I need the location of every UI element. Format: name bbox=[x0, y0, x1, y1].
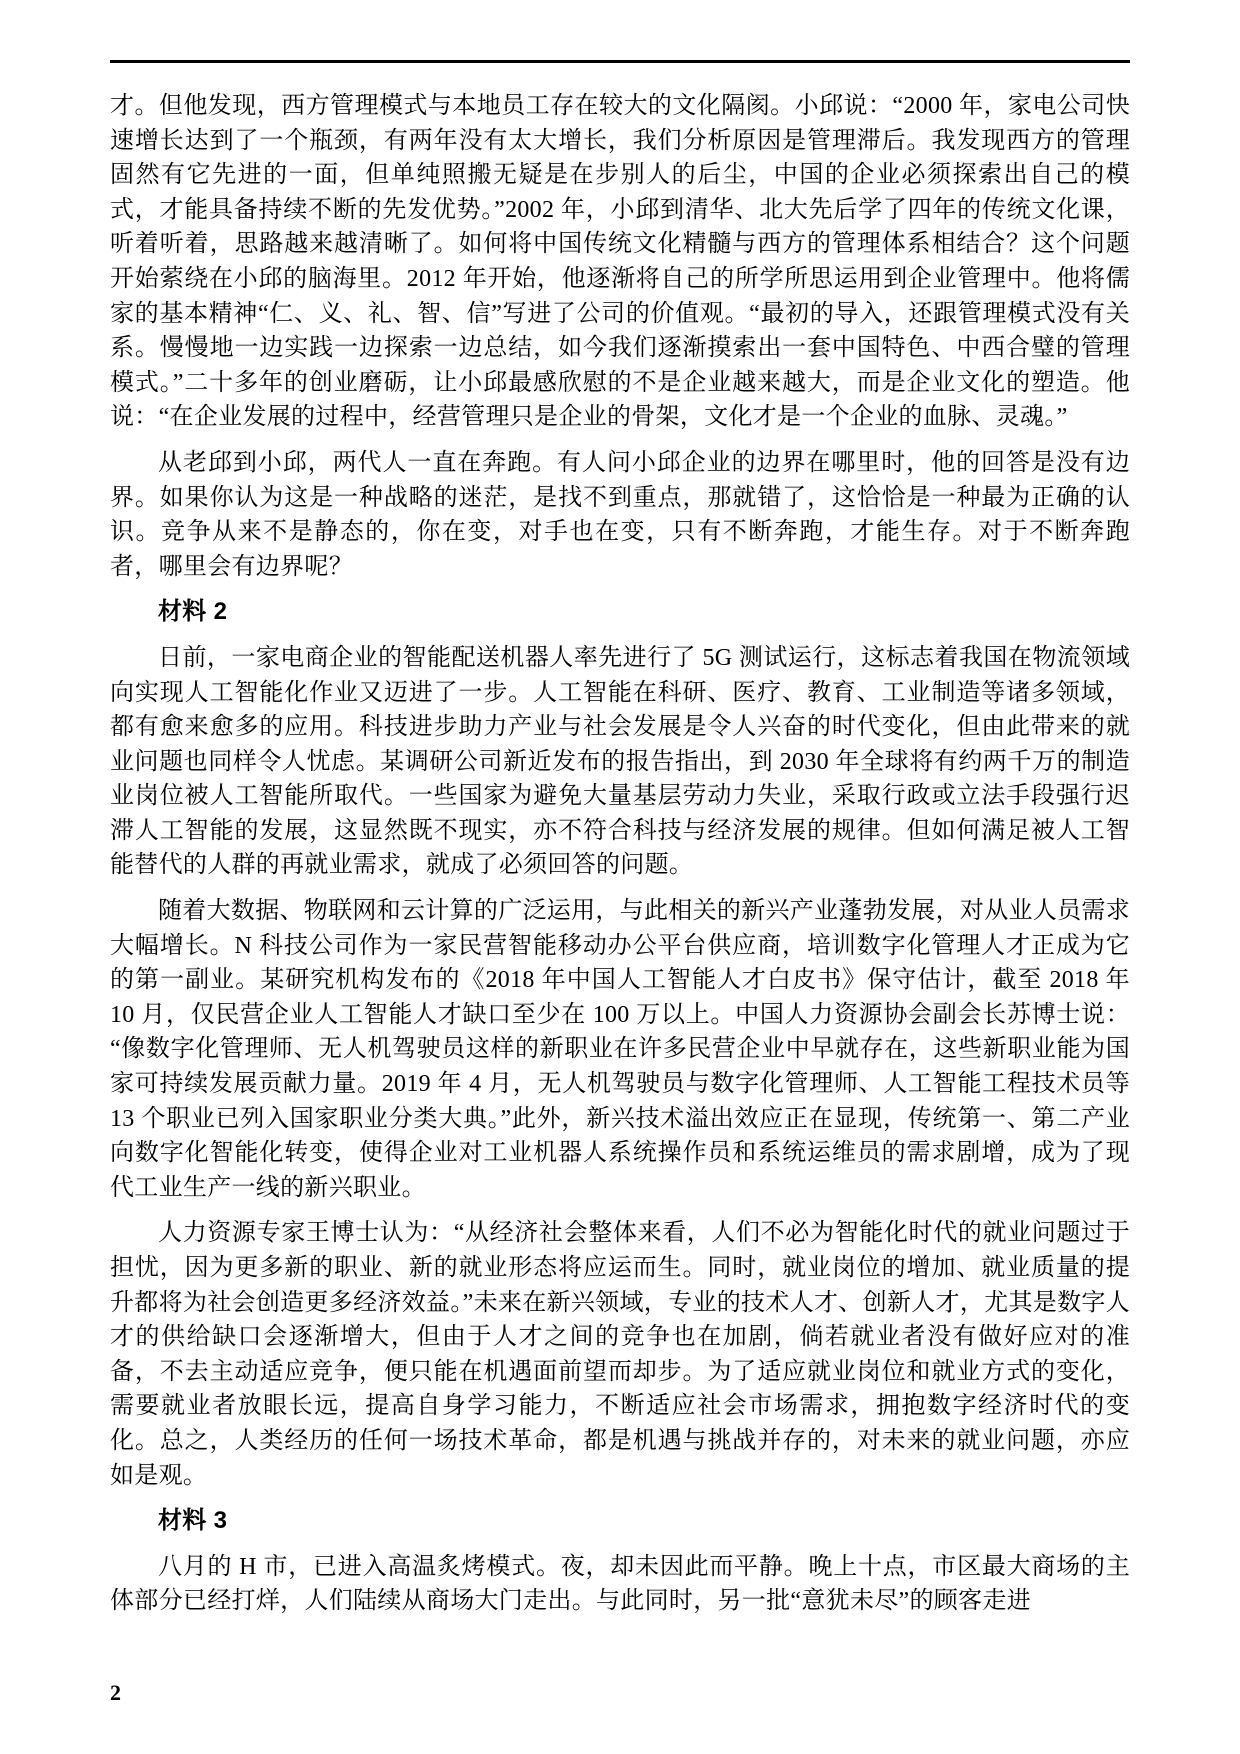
material2-paragraph-1: 日前，一家电商企业的智能配送机器人率先进行了 5G 测试运行，这标志着我国在物流… bbox=[110, 641, 1130, 883]
document-page: 才。但他发现，西方管理模式与本地员工存在较大的文化隔阂。小邱说：“2000 年，… bbox=[0, 0, 1240, 1754]
material1-paragraph-continued: 才。但他发现，西方管理模式与本地员工存在较大的文化隔阂。小邱说：“2000 年，… bbox=[110, 89, 1130, 435]
material1-paragraph-closing: 从老邱到小邱，两代人一直在奔跑。有人问小邱企业的边界在哪里时，他的回答是没有边界… bbox=[110, 446, 1130, 584]
heading-material-3: 材料 3 bbox=[110, 1504, 1130, 1539]
material2-paragraph-3: 人力资源专家王博士认为：“从经济社会整体来看，人们不必为智能化时代的就业问题过于… bbox=[110, 1216, 1130, 1493]
header-rule bbox=[110, 60, 1130, 63]
material3-paragraph-1: 八月的 H 市，已进入高温炙烤模式。夜，却未因此而平静。晚上十点，市区最大商场的… bbox=[110, 1550, 1130, 1619]
material2-paragraph-2: 随着大数据、物联网和云计算的广泛运用，与此相关的新兴产业蓬勃发展，对从业人员需求… bbox=[110, 894, 1130, 1205]
page-number: 2 bbox=[110, 1680, 121, 1706]
document-content: 才。但他发现，西方管理模式与本地员工存在较大的文化隔阂。小邱说：“2000 年，… bbox=[110, 89, 1130, 1630]
heading-material-2: 材料 2 bbox=[110, 595, 1130, 630]
